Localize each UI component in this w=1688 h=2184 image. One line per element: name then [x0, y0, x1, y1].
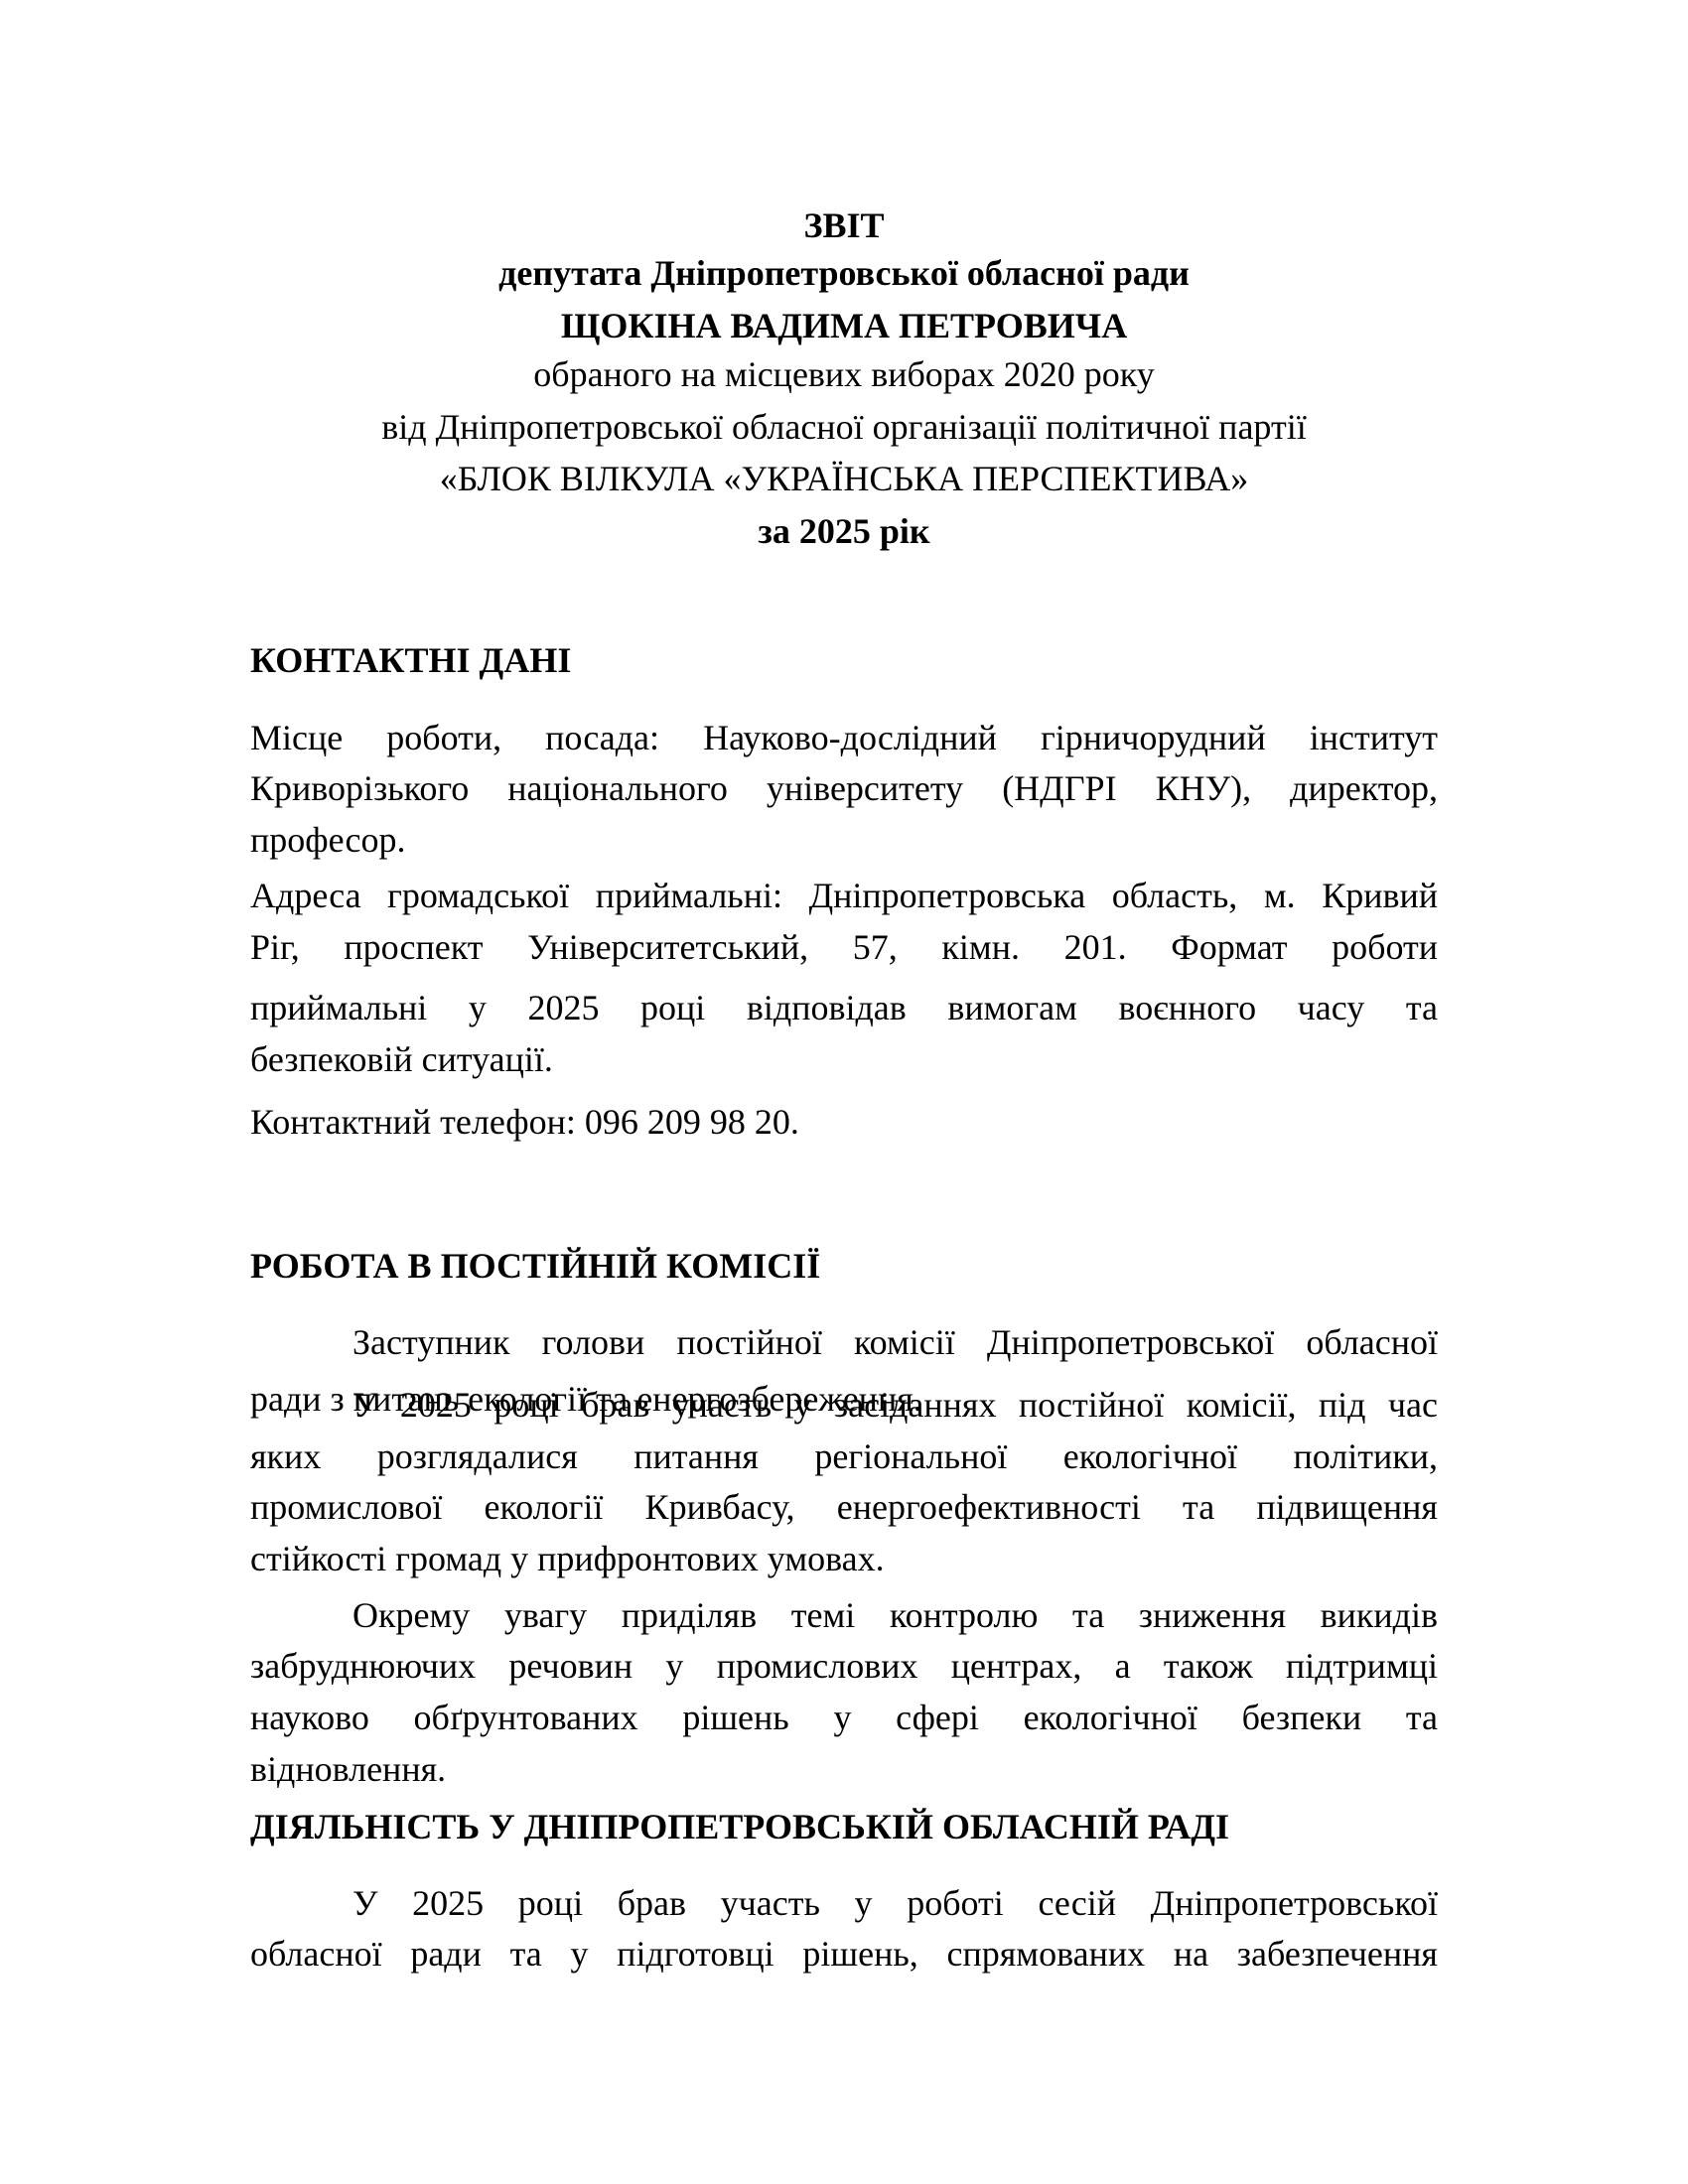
- deputy-name: ЩОКІНА ВАДИМА ПЕТРОВИЧА: [0, 308, 1688, 343]
- commission-line: яких розглядалися питання регіональної е…: [250, 1438, 1438, 1474]
- commission-line: відновлення.: [250, 1751, 1438, 1787]
- party-name: «БЛОК ВІЛКУЛА «УКРАЇНСЬКА ПЕРСПЕКТИВА»: [0, 461, 1688, 496]
- commission-line: У 2025 році брав участь у засіданнях пос…: [352, 1387, 1438, 1423]
- section-heading-contacts: КОНТАКТНІ ДАНІ: [250, 642, 1438, 678]
- contacts-line: Ріг, проспект Університетський, 57, кімн…: [250, 929, 1438, 965]
- report-title: ЗВІТ: [0, 207, 1688, 243]
- election-info: обраного на місцевих виборах 2020 року: [0, 356, 1688, 392]
- contacts-line: Адреса громадської приймальні: Дніпропет…: [250, 878, 1438, 913]
- contacts-line: приймальні у 2025 році відповідав вимога…: [250, 990, 1438, 1025]
- council-line: У 2025 році брав участь у роботі сесій Д…: [352, 1885, 1438, 1921]
- commission-line: Окрему увагу приділяв темі контролю та з…: [352, 1597, 1438, 1633]
- commission-line: Заступник голови постійної комісії Дніпр…: [352, 1324, 1438, 1360]
- section-heading-council: ДІЯЛЬНІСТЬ У ДНІПРОПЕТРОВСЬКІЙ ОБЛАСНІЙ …: [250, 1809, 1438, 1844]
- contact-phone: Контактний телефон: 096 209 98 20.: [250, 1104, 1438, 1140]
- contacts-line: Криворізького національного університету…: [250, 770, 1438, 806]
- document-page: ЗВІТ депутата Дніпропетровської обласної…: [0, 0, 1688, 2184]
- section-heading-commission: РОБОТА В ПОСТІЙНІЙ КОМІСІЇ: [250, 1248, 1438, 1284]
- contacts-line: професор.: [250, 822, 1438, 858]
- council-line: обласної ради та у підготовці рішень, сп…: [250, 1936, 1438, 1972]
- party-organization: від Дніпропетровської обласної організац…: [0, 409, 1688, 445]
- commission-line: промислової екології Кривбасу, енергоефе…: [250, 1489, 1438, 1525]
- report-year: за 2025 рік: [0, 513, 1688, 549]
- commission-line: забруднюючих речовин у промислових центр…: [250, 1648, 1438, 1684]
- contacts-line: безпековій ситуації.: [250, 1041, 1438, 1077]
- contacts-line: Місце роботи, посада: Науково-дослідний …: [250, 720, 1438, 755]
- report-subtitle-deputy: депутата Дніпропетровської обласної ради: [0, 255, 1688, 291]
- commission-line: науково обґрунтованих рішень у сфері еко…: [250, 1700, 1438, 1735]
- commission-line: стійкості громад у прифронтових умовах.: [250, 1541, 1438, 1576]
